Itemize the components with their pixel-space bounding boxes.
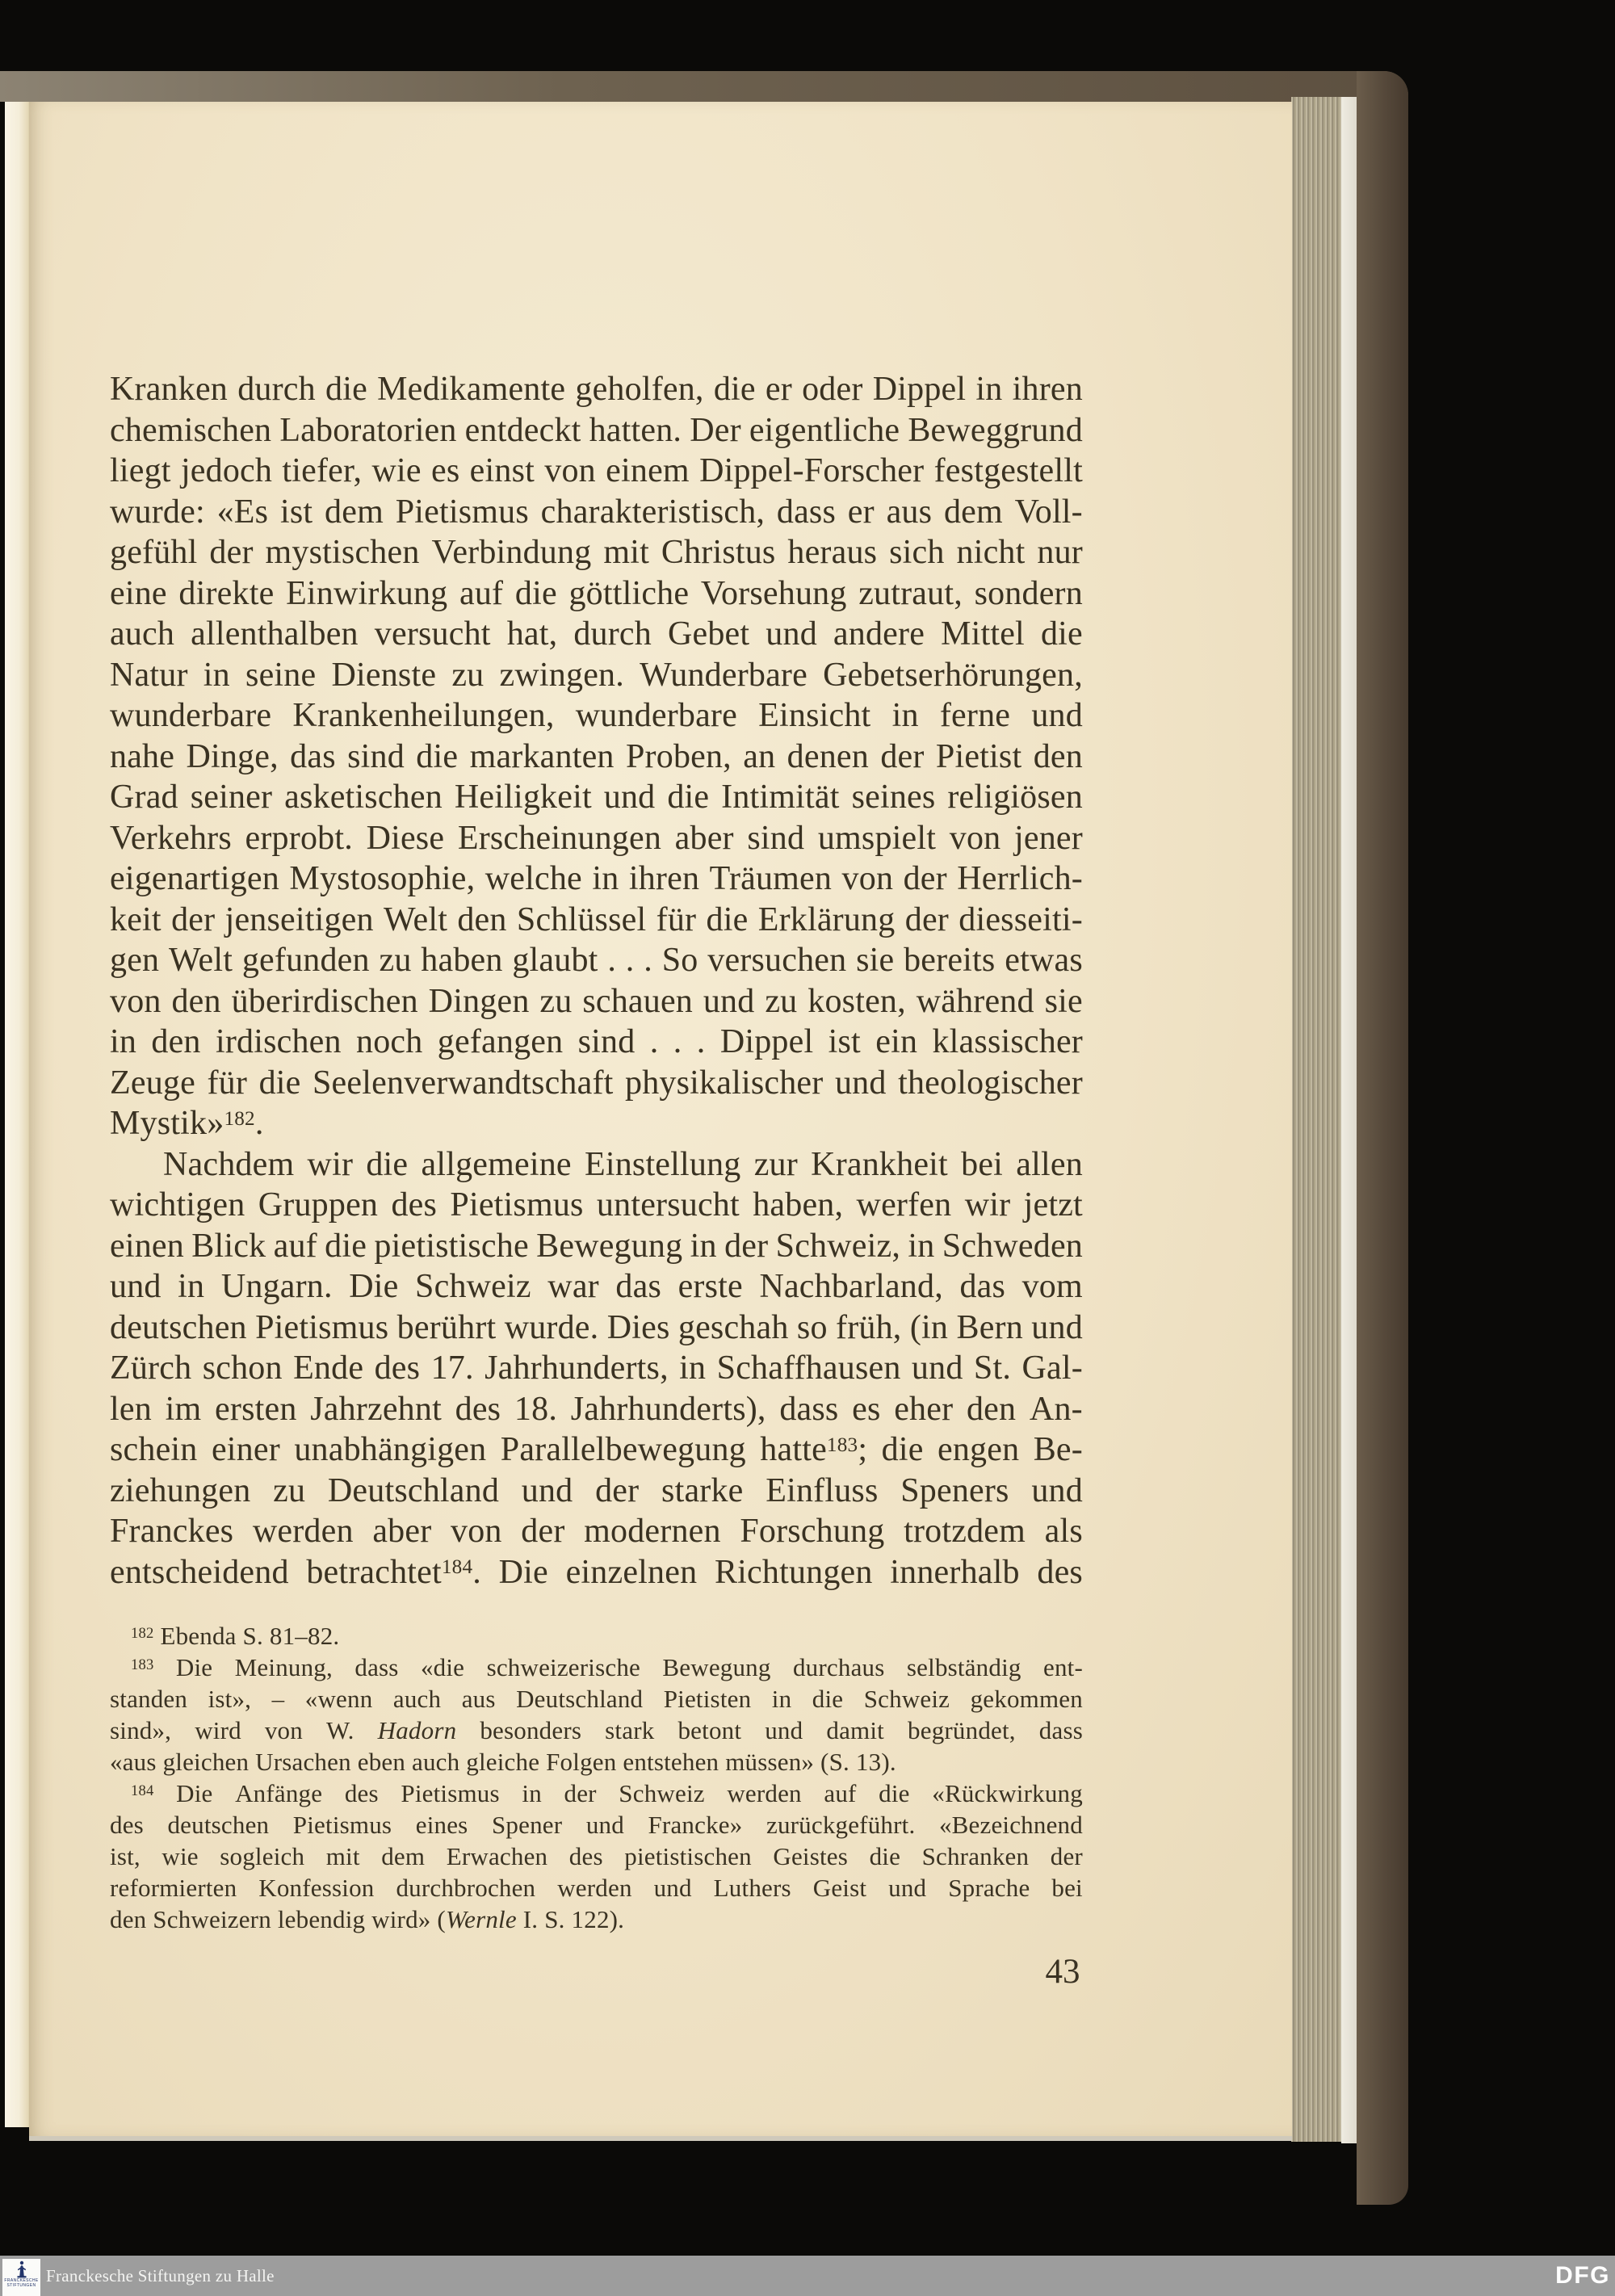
franckesche-emblem-icon	[14, 2260, 30, 2278]
text-line: liegtjedochtiefer,wieeseinstvoneinemDipp…	[110, 451, 1083, 492]
text-line: NachdemwirdieallgemeineEinstellungzurKra…	[110, 1144, 1083, 1186]
text-line: NaturinseineDienstezuzwingen.WunderbareG…	[110, 655, 1083, 696]
text-line: eigenartigenMystosophie,welcheinihrenTrä…	[110, 858, 1083, 900]
text-line: keitderjenseitigenWeltdenSchlüsselfürdie…	[110, 900, 1083, 941]
text-line: FranckeswerdenabervondermodernenForschun…	[110, 1511, 1083, 1552]
text-line: 184DieAnfängedesPietismusinderSchweizwer…	[110, 1778, 1083, 1809]
text-line: gefühldermystischenVerbindungmitChristus…	[110, 532, 1083, 573]
text-line: desdeutschenPietismuseinesSpenerundFranc…	[110, 1809, 1083, 1841]
page-edges-stack	[1291, 97, 1341, 2142]
text-line: KrankendurchdieMedikamentegeholfen,dieer…	[110, 369, 1083, 410]
body-text: KrankendurchdieMedikamentegeholfen,dieer…	[110, 369, 1083, 1593]
flyleaf-edge	[1341, 97, 1357, 2143]
text-line: deutschenPietismusberührtwurde.Diesgesch…	[110, 1308, 1083, 1349]
text-line: indenirdischennochgefangensind...Dippeli…	[110, 1022, 1083, 1063]
text-line: GradseinerasketischenHeiligkeitunddieInt…	[110, 777, 1083, 818]
text-line: ziehungenzuDeutschlandundderstarkeEinflu…	[110, 1471, 1083, 1512]
text-line: undinUngarn.DieSchweizwardasersteNachbar…	[110, 1266, 1083, 1308]
institution-label: Franckesche Stiftungen zu Halle	[46, 2256, 275, 2296]
book-cover-top-edge	[0, 71, 1408, 102]
text-line: wurde:«EsistdemPietismuscharakteristisch…	[110, 492, 1083, 533]
text-line: Verkehrserprobt.DieseErscheinungenabersi…	[110, 818, 1083, 859]
text-line: ZürchschonEndedes17.Jahrhunderts,inSchaf…	[110, 1348, 1083, 1389]
text-line: einenBlickaufdiepietistischeBewegunginde…	[110, 1226, 1083, 1267]
text-line: Mystik»182.	[110, 1103, 1083, 1144]
text-line: «aus gleichen Ursachen eben auch gleiche…	[110, 1746, 1083, 1778]
text-line: sind»,wirdvonW.Hadornbesondersstarkbeton…	[110, 1715, 1083, 1746]
text-line: ist,wiesogleichmitdemErwachendespietisti…	[110, 1841, 1083, 1872]
text-line: wichtigenGruppendesPietismusuntersuchtha…	[110, 1185, 1083, 1226]
text-line: den Schweizern lebendig wird» (Wernle I.…	[110, 1904, 1083, 1935]
text-line: ZeugefürdieSeelenverwandtschaftphysikali…	[110, 1063, 1083, 1104]
text-line: vondenüberirdischenDingenzuschauenundzuk…	[110, 981, 1083, 1022]
scanned-book-page-view: KrankendurchdieMedikamentegeholfen,dieer…	[0, 0, 1615, 2296]
viewer-footer-bar: FRANCKESCHE STIFTUNGEN Franckesche Stift…	[0, 2256, 1615, 2296]
text-line: naheDinge,dassinddiemarkantenProben,ande…	[110, 737, 1083, 778]
text-line: standenist»,–«wennauchausDeutschlandPiet…	[110, 1683, 1083, 1715]
footnotes: 182 Ebenda S. 81–82.183DieMeinung,dass«d…	[110, 1620, 1083, 1935]
text-line: scheineinerunabhängigenParallelbewegungh…	[110, 1429, 1083, 1471]
book-cover-right-edge	[1357, 71, 1408, 2205]
text-line: auchallenthalbenversuchthat,durchGebetun…	[110, 614, 1083, 655]
franckesche-stiftungen-logo: FRANCKESCHE STIFTUNGEN	[2, 2259, 40, 2296]
page-number: 43	[998, 1954, 1127, 1991]
text-line: genWeltgefundenzuhabenglaubt...Soversuch…	[110, 940, 1083, 981]
text-line: reformiertenKonfessiondurchbrochenwerden…	[110, 1872, 1083, 1904]
dfg-logo: DFG	[1555, 2256, 1610, 2296]
text-line: chemischenLaboratorienentdeckthatten.Der…	[110, 410, 1083, 451]
page-bottom-edge	[29, 2136, 1292, 2141]
text-line: 182 Ebenda S. 81–82.	[110, 1620, 1083, 1652]
text-line: 183DieMeinung,dass«dieschweizerischeBewe…	[110, 1652, 1083, 1683]
book-page: KrankendurchdieMedikamentegeholfen,dieer…	[29, 102, 1292, 2136]
text-line: wunderbareKrankenheilungen,wunderbareEin…	[110, 695, 1083, 737]
logo-text-line2: STIFTUNGEN	[7, 2283, 36, 2288]
text-line: entscheidendbetrachtet184.DieeinzelnenRi…	[110, 1552, 1083, 1593]
text-line: lenimerstenJahrzehntdes18.Jahrhunderts),…	[110, 1389, 1083, 1430]
gutter-page-curve	[5, 102, 31, 2127]
text-line: einedirekteEinwirkungaufdiegöttlicheVors…	[110, 573, 1083, 615]
